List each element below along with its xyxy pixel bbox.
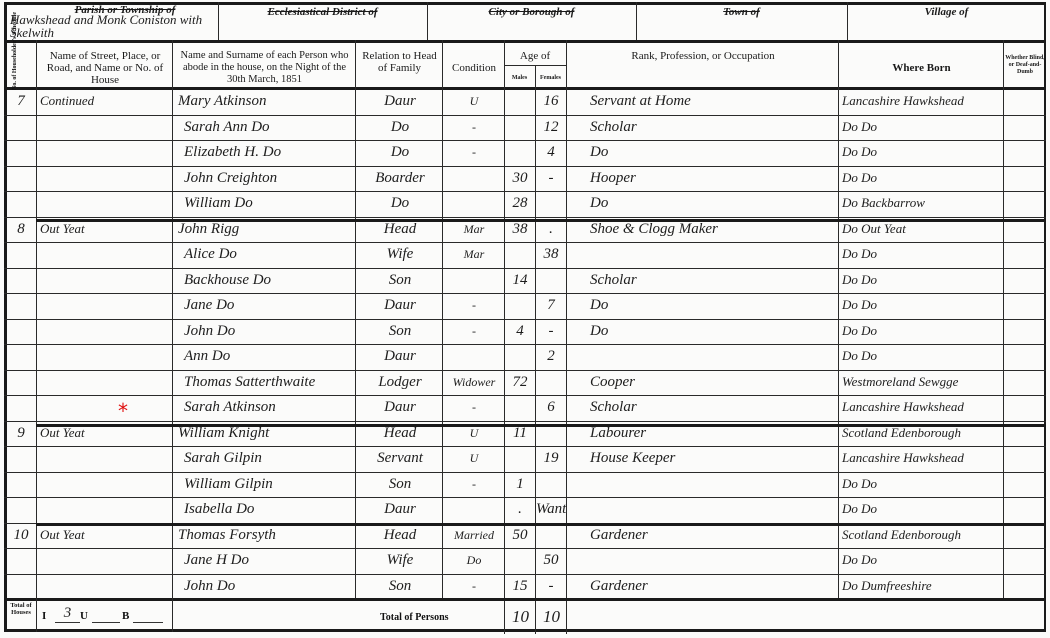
total-persons-label: Total of Persons <box>380 612 449 623</box>
building-label: B <box>122 610 129 622</box>
condition-cell: - <box>444 143 504 161</box>
occupation-cell: Shoe & Clogg Maker <box>590 220 835 238</box>
relation-cell: Servant <box>358 449 442 467</box>
row-divider <box>4 293 1046 294</box>
age-female: 19 <box>536 449 566 467</box>
condition-cell: - <box>444 322 504 340</box>
ecclesiastical-label: Ecclesiastical District of <box>218 6 427 18</box>
age-male: . <box>505 500 535 518</box>
person-name: Elizabeth H. Do <box>178 143 360 161</box>
inhabited-label: I <box>42 610 46 622</box>
uninhabited-label: U <box>80 610 88 622</box>
relation-cell: Daur <box>358 347 442 365</box>
household-divider <box>36 219 1046 222</box>
age-female: 38 <box>536 245 566 263</box>
village-label: Village of <box>847 6 1046 18</box>
occupation-cell: Do <box>590 322 835 340</box>
row-divider <box>4 497 1046 498</box>
divider <box>172 598 173 632</box>
age-female: Want <box>536 500 566 518</box>
person-name: Sarah Ann Do <box>178 118 360 136</box>
condition-cell: U <box>444 92 504 110</box>
person-name: Ann Do <box>178 347 360 365</box>
relation-cell: Son <box>358 322 442 340</box>
age-male: 14 <box>505 271 535 289</box>
age-male: 15 <box>505 577 535 595</box>
condition-cell: - <box>444 118 504 136</box>
relation-cell: Wife <box>358 551 442 569</box>
header-divider <box>4 40 1046 43</box>
person-name: Jane H Do <box>178 551 360 569</box>
household-divider <box>36 523 1046 526</box>
schedule-number: 8 <box>8 220 34 238</box>
col-females: Females <box>535 75 566 82</box>
birthplace-cell: Lancashire Hawkshead <box>842 92 1002 110</box>
row-divider <box>4 370 1046 371</box>
relation-cell: Daur <box>358 398 442 416</box>
person-name: John Do <box>178 577 360 595</box>
occupation-cell: Gardener <box>590 577 835 595</box>
col-name: Name and Surname of each Person who abod… <box>174 50 355 86</box>
occupation-cell: Scholar <box>590 118 835 136</box>
row-divider <box>4 242 1046 243</box>
birthplace-cell: Lancashire Hawkshead <box>842 398 1002 416</box>
relation-cell: Son <box>358 475 442 493</box>
age-male: 30 <box>505 169 535 187</box>
relation-cell: Lodger <box>358 373 442 391</box>
age-male: 50 <box>505 526 535 544</box>
birthplace-cell: Do Do <box>842 322 1002 340</box>
schedule-number: 10 <box>8 526 34 544</box>
person-name: John Creighton <box>178 169 360 187</box>
total-females: 10 <box>537 608 566 626</box>
occupation-cell: Do <box>590 143 835 161</box>
birthplace-cell: Do Do <box>842 347 1002 365</box>
totals-divider <box>4 598 1046 601</box>
divider <box>36 598 37 632</box>
town-label: Town of <box>636 6 847 18</box>
occupation-cell: Scholar <box>590 271 835 289</box>
birthplace-cell: Do Do <box>842 169 1002 187</box>
person-name: Sarah Gilpin <box>178 449 360 467</box>
col-schedule: No. of Householder's Schedule <box>12 40 26 90</box>
birthplace-cell: Do Do <box>842 551 1002 569</box>
person-name: John Do <box>178 322 360 340</box>
condition-cell: - <box>444 296 504 314</box>
row-divider <box>4 140 1046 141</box>
row-divider <box>4 319 1046 320</box>
age-male: 38 <box>505 220 535 238</box>
occupation-cell: Hooper <box>590 169 835 187</box>
row-divider <box>4 344 1046 345</box>
person-name: Backhouse Do <box>178 271 360 289</box>
age-female: - <box>536 577 566 595</box>
condition-cell: - <box>444 577 504 595</box>
age-female: . <box>536 220 566 238</box>
birthplace-cell: Lancashire Hawkshead <box>842 449 1002 467</box>
person-name: John Rigg <box>178 220 354 238</box>
relation-cell: Do <box>358 118 442 136</box>
relation-cell: Son <box>358 577 442 595</box>
condition-cell: - <box>444 398 504 416</box>
total-males: 10 <box>506 608 535 626</box>
person-name: Isabella Do <box>178 500 360 518</box>
person-name: Thomas Satterthwaite <box>178 373 360 391</box>
person-name: Sarah Atkinson <box>178 398 360 416</box>
col-blind: Whether Blind, or Deaf-and-Dumb <box>1005 55 1045 76</box>
condition-cell: Mar <box>444 220 504 238</box>
occupation-cell: Cooper <box>590 373 835 391</box>
street-cell: Continued <box>40 92 170 110</box>
relation-cell: Wife <box>358 245 442 263</box>
birthplace-cell: Do Do <box>842 118 1002 136</box>
street-cell: Out Yeat <box>40 526 170 544</box>
occupation-cell: Do <box>590 296 835 314</box>
birthplace-cell: Scotland Edenborough <box>842 526 1002 544</box>
col-age: Age of <box>504 50 566 62</box>
person-name: Jane Do <box>178 296 360 314</box>
birthplace-cell: Do Do <box>842 475 1002 493</box>
condition-cell: Mar <box>444 245 504 263</box>
birthplace-cell: Do Do <box>842 143 1002 161</box>
condition-cell: U <box>444 449 504 467</box>
birthplace-cell: Do Do <box>842 296 1002 314</box>
age-female: 2 <box>536 347 566 365</box>
relation-cell: Daur <box>358 92 442 110</box>
row-divider <box>4 548 1046 549</box>
row-divider <box>4 574 1046 575</box>
annotation-marker: * <box>118 401 128 421</box>
age-male: 28 <box>505 194 535 212</box>
person-name: Thomas Forsyth <box>178 526 354 544</box>
age-male: 4 <box>505 322 535 340</box>
birthplace-cell: Do Do <box>842 271 1002 289</box>
relation-cell: Daur <box>358 296 442 314</box>
age-female: 16 <box>536 92 566 110</box>
relation-cell: Head <box>358 220 442 238</box>
relation-cell: Do <box>358 194 442 212</box>
age-female: 6 <box>536 398 566 416</box>
col-males: Males <box>504 75 535 82</box>
relation-cell: Daur <box>358 500 442 518</box>
row-divider <box>4 191 1046 192</box>
column-header-divider <box>4 87 1046 90</box>
inhabited-value: 3 <box>55 604 80 623</box>
birthplace-cell: Do Do <box>842 500 1002 518</box>
col-occupation: Rank, Profession, or Occupation <box>568 50 838 62</box>
col-divider <box>566 40 567 634</box>
person-name: Alice Do <box>178 245 360 263</box>
row-divider <box>4 421 1046 422</box>
household-divider <box>36 424 1046 427</box>
relation-cell: Son <box>358 271 442 289</box>
occupation-cell: Scholar <box>590 398 835 416</box>
person-name: Mary Atkinson <box>178 92 354 110</box>
occupation-cell: Servant at Home <box>590 92 835 110</box>
building-blank <box>133 622 163 623</box>
relation-cell: Do <box>358 143 442 161</box>
city-label: City or Borough of <box>427 6 636 18</box>
age-female: 4 <box>536 143 566 161</box>
birthplace-cell: Do Dumfreeshire <box>842 577 1002 595</box>
row-divider <box>4 166 1046 167</box>
condition-cell: Widower <box>444 373 504 391</box>
census-page: Parish or Township of Hawkshead and Monk… <box>0 0 1050 638</box>
uninhabited-blank <box>92 622 120 623</box>
age-female: - <box>536 322 566 340</box>
row-divider <box>4 268 1046 269</box>
occupation-cell: House Keeper <box>590 449 835 467</box>
schedule-number: 7 <box>8 92 34 110</box>
person-name: William Do <box>178 194 360 212</box>
condition-cell: Married <box>444 526 504 544</box>
street-cell: Out Yeat <box>40 220 170 238</box>
birthplace-cell: Westmoreland Sewgge <box>842 373 1002 391</box>
birthplace-cell: Do Out Yeat <box>842 220 1002 238</box>
birthplace-cell: Do Do <box>842 245 1002 263</box>
age-male: 1 <box>505 475 535 493</box>
total-houses-label: Total of Houses <box>6 602 36 616</box>
age-female: 50 <box>536 551 566 569</box>
age-female: 7 <box>536 296 566 314</box>
occupation-cell: Gardener <box>590 526 835 544</box>
parish-value: Hawkshead and Monk Coniston with Skelwit… <box>10 13 215 39</box>
row-divider <box>4 472 1046 473</box>
condition-cell: Do <box>444 551 504 569</box>
col-relation: Relation to Head of Family <box>357 50 442 74</box>
col-street: Name of Street, Place, or Road, and Name… <box>38 50 172 86</box>
relation-cell: Boarder <box>358 169 442 187</box>
condition-cell: - <box>444 475 504 493</box>
relation-cell: Head <box>358 526 442 544</box>
row-divider <box>4 217 1046 218</box>
row-divider <box>4 395 1046 396</box>
schedule-number: 9 <box>8 424 34 442</box>
age-female: 12 <box>536 118 566 136</box>
occupation-cell: Do <box>590 194 835 212</box>
col-condition: Condition <box>444 62 504 74</box>
age-male: 72 <box>505 373 535 391</box>
person-name: William Gilpin <box>178 475 360 493</box>
row-divider <box>4 115 1046 116</box>
row-divider <box>4 446 1046 447</box>
col-born: Where Born <box>840 62 1003 74</box>
age-female: - <box>536 169 566 187</box>
birthplace-cell: Do Backbarrow <box>842 194 1002 212</box>
age-subdivider <box>504 65 566 66</box>
